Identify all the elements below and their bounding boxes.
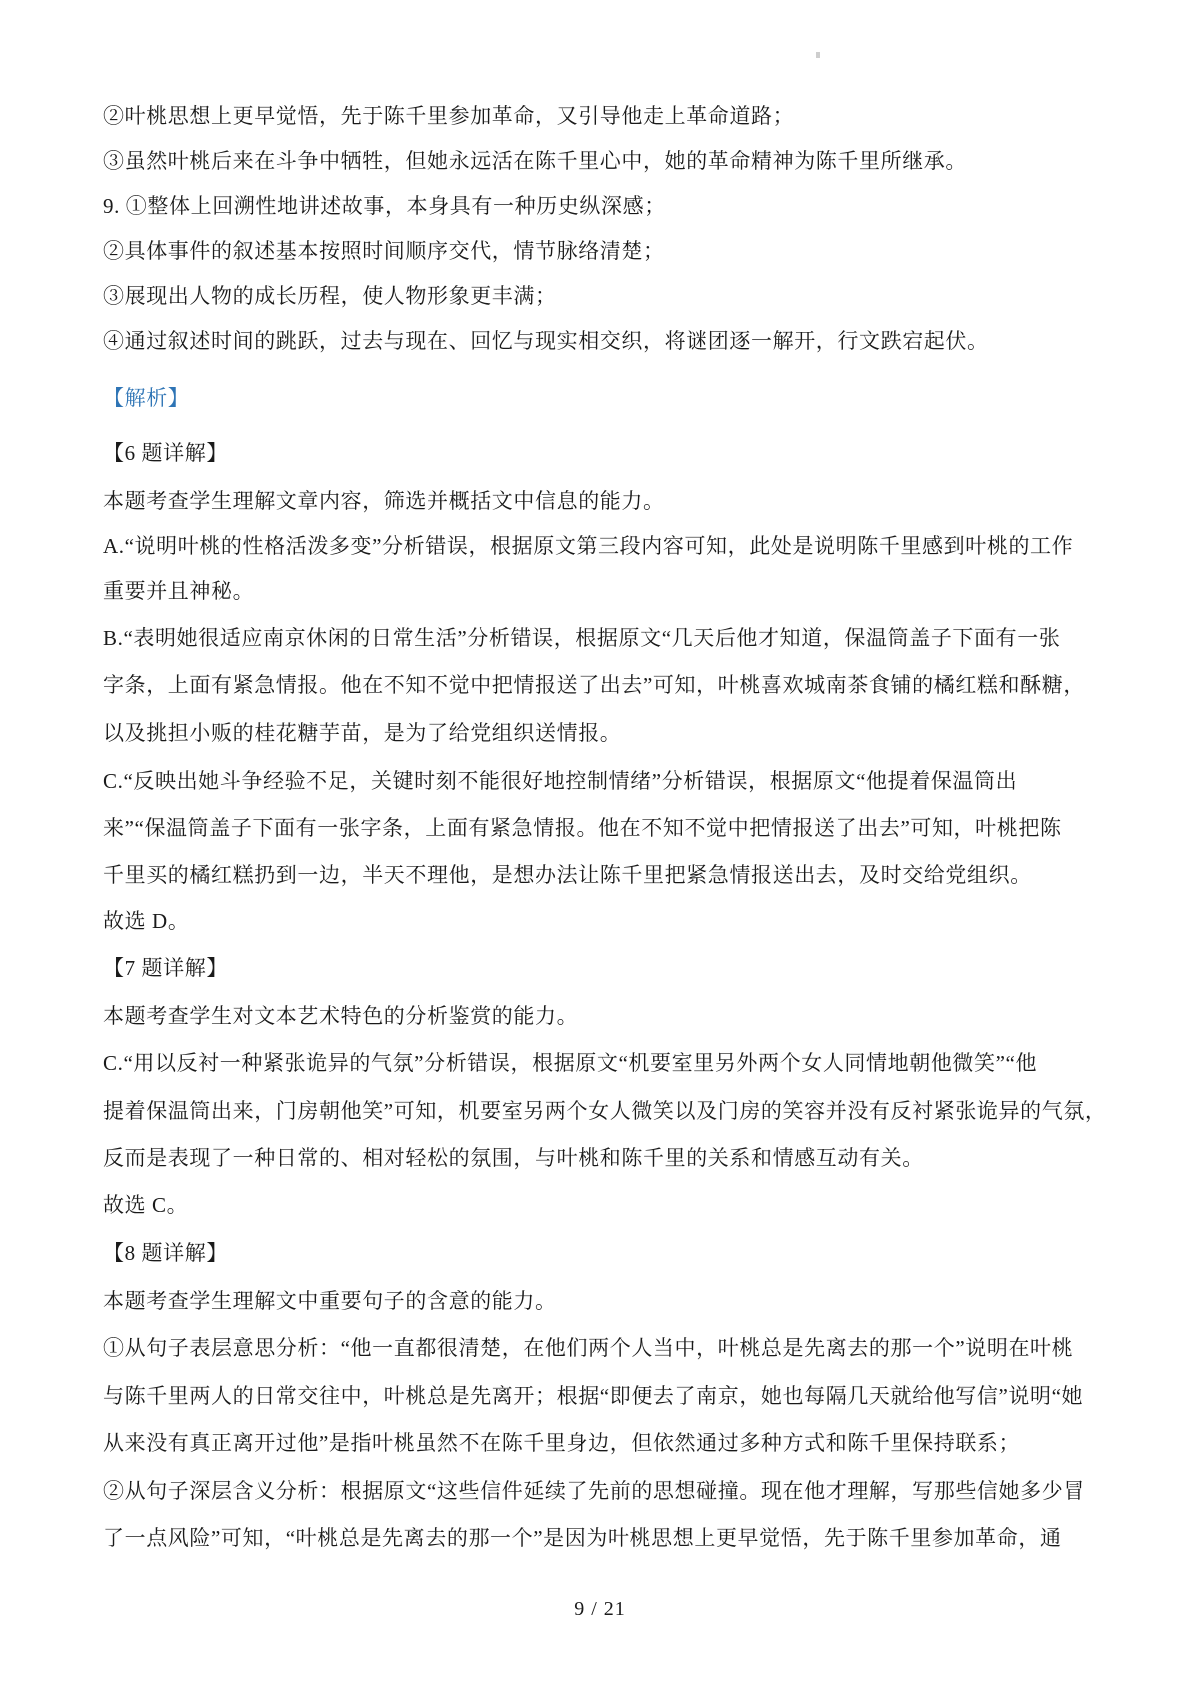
explanation-line: 与陈千里两人的日常交往中，叶桃总是先离开；根据“即便去了南京，她也每隔几天就给他… xyxy=(103,1383,1083,1409)
explanation-line: 了一点风险”可知，“叶桃总是先离去的那一个”是因为叶桃思想上更早觉悟，先于陈千里… xyxy=(103,1525,1062,1551)
document-page: ②叶桃思想上更早觉悟，先于陈千里参加革命，又引导他走上革命道路； ③虽然叶桃后来… xyxy=(0,0,1200,1697)
answer-line: 9. ①整体上回溯性地讲述故事，本身具有一种历史纵深感； xyxy=(103,193,666,219)
explanation-line: 千里买的橘红糕扔到一边，半天不理他，是想办法让陈千里把紧急情报送出去，及时交给党… xyxy=(103,862,1032,888)
answer-line: ③展现出人物的成长历程，使人物形象更丰满； xyxy=(103,283,557,309)
explanation-line: 字条，上面有紧急情报。他在不知不觉中把情报送了出去”可知，叶桃喜欢城南茶食铺的橘… xyxy=(103,672,1085,698)
answer-line: ②具体事件的叙述基本按照时间顺序交代，情节脉络清楚； xyxy=(103,238,665,264)
answer-choice-line: 故选 D。 xyxy=(103,908,189,934)
explanation-line: 从来没有真正离开过他”是指叶桃虽然不在陈千里身边，但依然通过多种方式和陈千里保持… xyxy=(103,1430,1020,1456)
section-heading-q7: 【7 题详解】 xyxy=(103,955,228,981)
section-heading-q8: 【8 题详解】 xyxy=(103,1240,228,1266)
explanation-line: ②从句子深层含义分析：根据原文“这些信件延续了先前的思想碰撞。现在他才理解，写那… xyxy=(103,1478,1085,1504)
explanation-line: 以及挑担小贩的桂花糖芋苗，是为了给党组织送情报。 xyxy=(103,720,621,746)
section-heading-q6: 【6 题详解】 xyxy=(103,440,228,466)
explanation-line: C.“反映出她斗争经验不足，关键时刻不能很好地控制情绪”分析错误，根据原文“他提… xyxy=(103,768,1017,794)
stray-mark xyxy=(816,52,820,58)
analysis-label: 【解析】 xyxy=(103,385,189,411)
answer-line: ③虽然叶桃后来在斗争中牺牲，但她永远活在陈千里心中，她的革命精神为陈千里所继承。 xyxy=(103,148,967,174)
answer-line: ④通过叙述时间的跳跃，过去与现在、回忆与现实相交织，将谜团逐一解开，行文跌宕起伏… xyxy=(103,328,989,354)
explanation-line: 反而是表现了一种日常的、相对轻松的氛围，与叶桃和陈千里的关系和情感互动有关。 xyxy=(103,1145,924,1171)
explanation-line: ①从句子表层意思分析：“他一直都很清楚，在他们两个人当中，叶桃总是先离去的那一个… xyxy=(103,1335,1073,1361)
explanation-line: 本题考查学生对文本艺术特色的分析鉴赏的能力。 xyxy=(103,1003,578,1029)
explanation-line: 本题考查学生理解文章内容，筛选并概括文中信息的能力。 xyxy=(103,488,665,514)
explanation-line: C.“用以反衬一种紧张诡异的气氛”分析错误，根据原文“机要室里另外两个女人同情地… xyxy=(103,1050,1037,1076)
explanation-line: 提着保温筒出来，门房朝他笑”可知，机要室另两个女人微笑以及门房的笑容并没有反衬紧… xyxy=(103,1098,1107,1124)
explanation-line: B.“表明她很适应南京休闲的日常生活”分析错误，根据原文“几天后他才知道，保温筒… xyxy=(103,625,1060,651)
explanation-line: 本题考查学生理解文中重要句子的含意的能力。 xyxy=(103,1288,557,1314)
answer-line: ②叶桃思想上更早觉悟，先于陈千里参加革命，又引导他走上革命道路； xyxy=(103,103,794,129)
answer-choice-line: 故选 C。 xyxy=(103,1192,188,1218)
explanation-line: A.“说明叶桃的性格活泼多变”分析错误，根据原文第三段内容可知，此处是说明陈千里… xyxy=(103,533,1073,559)
explanation-line: 重要并且神秘。 xyxy=(103,578,254,604)
explanation-line: 来”“保温筒盖子下面有一张字条，上面有紧急情报。他在不知不觉中把情报送了出去”可… xyxy=(103,815,1062,841)
page-number: 9 / 21 xyxy=(0,1598,1200,1621)
